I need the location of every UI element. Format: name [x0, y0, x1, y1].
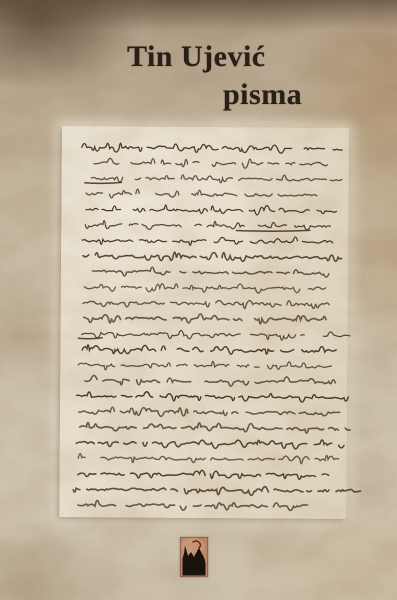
publisher-logo	[180, 537, 208, 577]
book-subtitle: pisma	[223, 80, 302, 110]
handwriting-lines	[59, 126, 362, 519]
book-title: Tin Ujević	[127, 42, 266, 72]
emblem-silhouette-icon	[180, 537, 208, 577]
handwritten-letter-scan	[59, 126, 349, 519]
book-cover: Tin Ujević pisma	[0, 0, 397, 600]
